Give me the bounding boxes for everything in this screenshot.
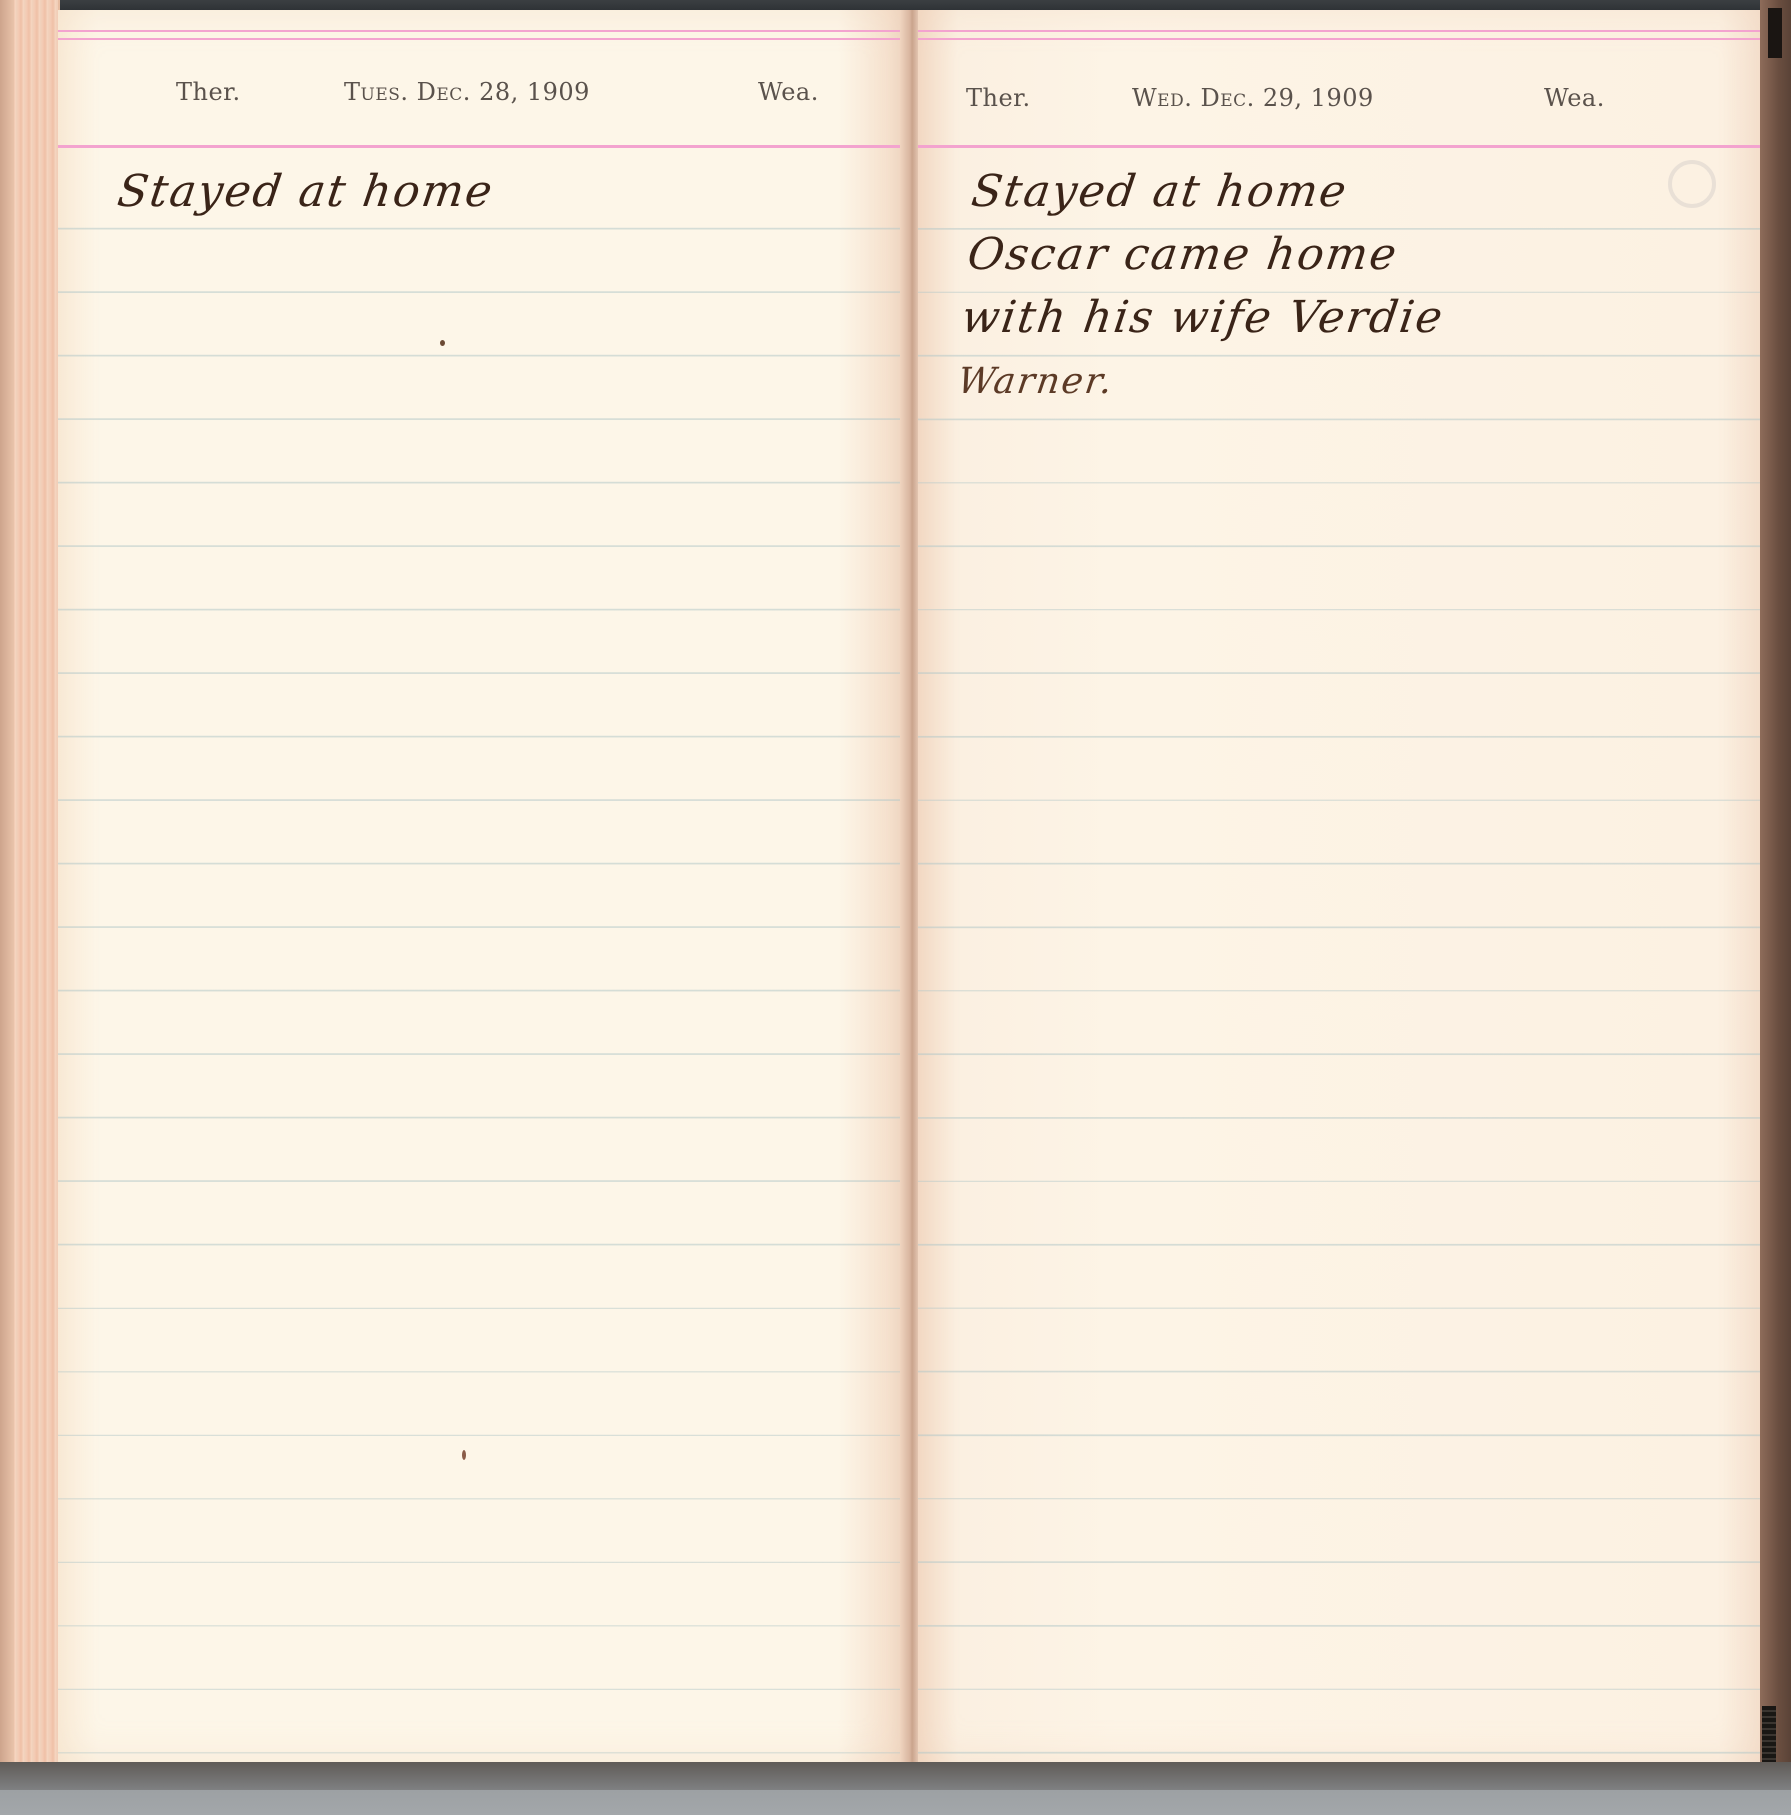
scanned-diary-scene: Ther. Tues. Dec. 28, 1909 Wea. Stayed at… — [0, 0, 1791, 1815]
book-cover-right — [1760, 0, 1791, 1790]
page-stack-edge-left — [0, 0, 60, 1772]
diary-page-right: Ther. Wed. Dec. 29, 1909 Wea. Stayed at … — [918, 10, 1760, 1762]
handwritten-entry-line-2: Oscar came home — [964, 223, 1403, 287]
weather-label: Wea. — [758, 78, 819, 106]
handwritten-entry-line-3: with his wife Verdie — [958, 286, 1449, 350]
thermometer-label: Ther. — [966, 84, 1031, 112]
weather-label: Wea. — [1544, 84, 1605, 112]
pink-rule-top — [58, 30, 910, 32]
book-bottom-edge — [0, 1762, 1791, 1790]
pink-rule-top-double — [918, 38, 1760, 40]
cover-clasp-top — [1768, 8, 1782, 58]
page-header-right: Ther. Wed. Dec. 29, 1909 Wea. — [918, 78, 1760, 118]
handwritten-entry-line-4: Warner. — [954, 350, 1119, 414]
page-header-left: Ther. Tues. Dec. 28, 1909 Wea. — [58, 78, 910, 118]
ruled-lines — [58, 150, 910, 1762]
diary-page-left: Ther. Tues. Dec. 28, 1909 Wea. Stayed at… — [58, 10, 910, 1762]
stain-mark — [1668, 160, 1716, 208]
ink-speck — [440, 340, 445, 346]
handwritten-entry-line-1: Stayed at home — [968, 160, 1353, 224]
pink-rule-header — [918, 145, 1760, 148]
handwritten-entry: Stayed at home — [114, 160, 499, 224]
ink-speck — [462, 1450, 466, 1460]
pink-rule-top — [918, 30, 1760, 32]
thermometer-label: Ther. — [176, 78, 241, 106]
entry-date: Wed. Dec. 29, 1909 — [1132, 84, 1374, 112]
entry-date: Tues. Dec. 28, 1909 — [344, 78, 590, 106]
pink-rule-top-double — [58, 38, 910, 40]
pink-rule-header — [58, 145, 910, 148]
cover-clasp-bottom — [1762, 1706, 1776, 1762]
